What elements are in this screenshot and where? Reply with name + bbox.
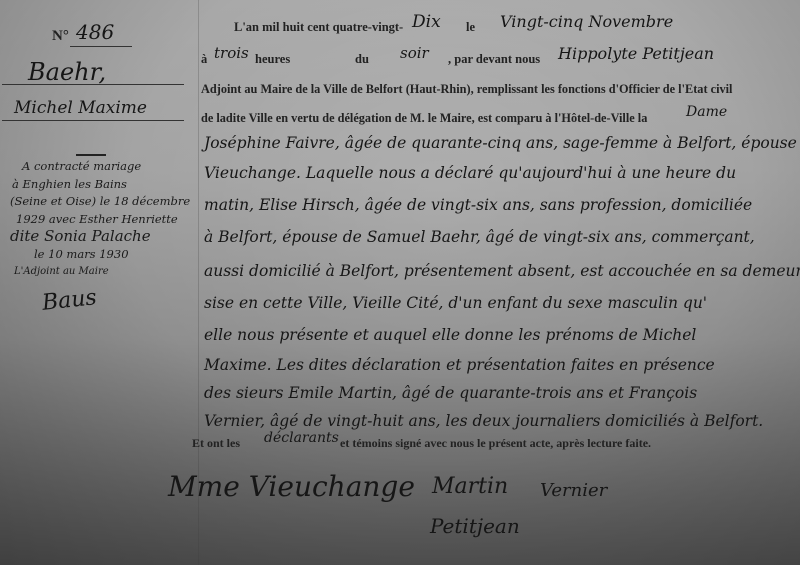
printed-text: Et ont les [192,436,240,451]
handwritten-date: Vingt-cinq Novembre [500,12,673,31]
printed-text: , par devant nous [448,52,540,67]
handwritten-hour: trois [214,44,249,62]
printed-text: le [466,20,475,35]
signature-officer: Petitjean [430,514,520,538]
handwritten-line: Maxime. Les dites déclaration et présent… [204,356,715,374]
marriage-mention-note: A contracté mariage à Enghien les Bains … [10,158,200,281]
mention-line: dite Sonia Palache [10,228,200,246]
mention-line: (Seine et Oise) le 18 décembre [10,193,200,211]
signature-witness-martin: Martin [432,474,508,499]
mention-line: L'Adjoint au Maire [10,263,200,281]
printed-text: de ladite Ville en vertu de délégation d… [201,111,647,126]
number-underline [70,46,132,47]
record-number-label: N° [52,28,69,45]
handwritten-line: Joséphine Faivre, âgée de quarante-cinq … [204,134,797,152]
printed-text: L'an mil huit cent quatre-vingt- [234,20,403,35]
mention-line: le 10 mars 1930 [10,246,200,264]
mention-divider [76,154,106,156]
margin-signature: Baus [41,285,98,316]
handwritten-line: à Belfort, épouse de Samuel Baehr, âgé d… [204,228,755,246]
handwritten-line: sise en cette Ville, Vieille Cité, d'un … [204,294,707,312]
handwritten-line: aussi domicilié à Belfort, présentement … [204,262,800,280]
handwritten-title: Dame [686,104,727,120]
record-given-names: Michel Maxime [14,98,147,118]
printed-text: heures [255,52,290,67]
handwritten-line: elle nous présente et auquel elle donne … [204,326,696,344]
handwritten-declarants: déclarants [264,430,339,446]
printed-text: et témoins signé avec nous le présent ac… [340,436,651,451]
mention-line: A contracté mariage [10,158,200,176]
record-surname: Baehr, [28,58,106,86]
surname-underline [2,84,184,85]
handwritten-line: Vernier, âgé de vingt-huit ans, les deux… [204,412,763,430]
mention-line: 1929 avec Esther Henriette [10,211,200,229]
mention-line: à Enghien les Bains [10,176,200,194]
signature-declarant: Mme Vieuchange [168,470,415,503]
printed-text: du [355,52,369,67]
record-number: 486 [76,20,114,44]
handwritten-officer-name: Hippolyte Petitjean [558,44,714,63]
handwritten-year: Dix [412,12,441,32]
handwritten-period: soir [400,44,429,62]
handwritten-line: Vieuchange. Laquelle nous a déclaré qu'a… [204,164,736,182]
printed-text: à [201,52,207,67]
handwritten-line: des sieurs Emile Martin, âgé de quarante… [204,384,697,402]
handwritten-line: matin, Elise Hirsch, âgée de vingt-six a… [204,196,752,214]
given-underline [2,120,184,121]
printed-text: Adjoint au Maire de la Ville de Belfort … [201,82,732,97]
signature-witness-vernier: Vernier [540,480,607,501]
